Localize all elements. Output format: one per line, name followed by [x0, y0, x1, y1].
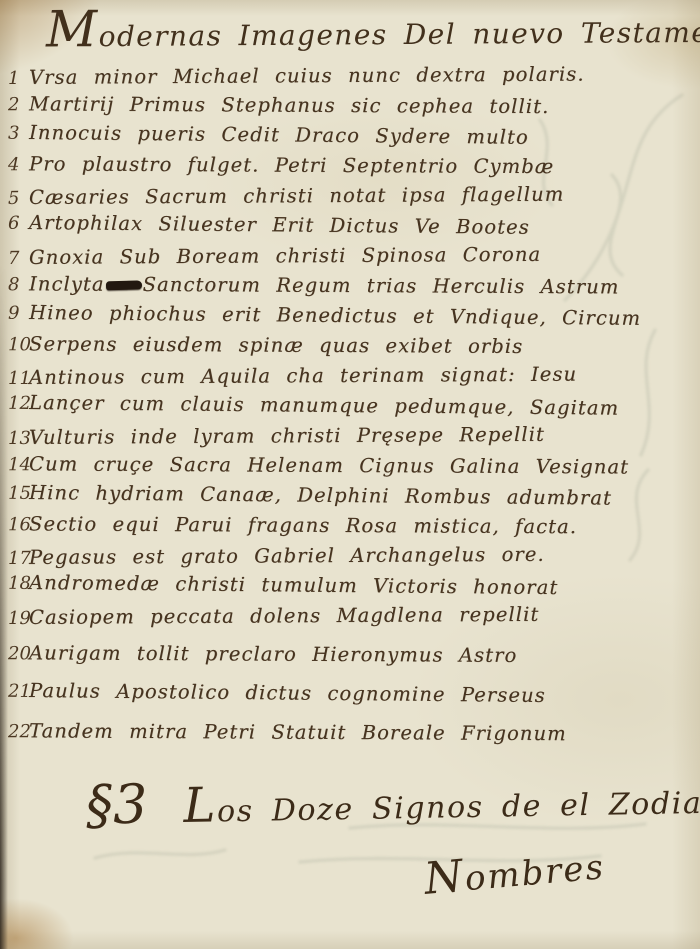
line-text: Andromedæ christi tumulum Victoris honor… — [29, 571, 558, 599]
line-text: Antinous cum Aquila cha terinam signat: … — [29, 363, 577, 389]
line-text: Innocuis pueris Cedit Draco Sydere multo — [29, 121, 529, 149]
verse-line: 10Serpens eiusdem spinæ quas exibet orbi… — [8, 332, 680, 366]
line-number: 6 — [8, 213, 29, 234]
manuscript-page: Modernas Imagenes Del nuevo Testamento, … — [0, 0, 700, 949]
line-text: Gnoxia Sub Boream christi Spinosa Corona — [29, 243, 541, 269]
verse-line: 13Vulturis inde lyram christi Pręsepe Re… — [8, 422, 680, 456]
line-text: Artophilax Siluester Erit Dictus Ve Boot… — [29, 211, 530, 239]
line-number: 20 — [8, 643, 29, 664]
verse-line: 9Hineo phiochus erit Benedictus et Vndiq… — [8, 301, 680, 337]
line-number: 13 — [8, 428, 29, 449]
line-number: 5 — [8, 188, 29, 209]
manuscript-scan: { "page": { "folio": "61", "title": "Mod… — [0, 0, 700, 949]
verse-line: 1Vrsa minor Michael cuius nunc dextra po… — [8, 62, 680, 96]
line-number: 17 — [8, 548, 29, 569]
line-text: Sectio equi Parui fragans Rosa mistica, … — [29, 512, 577, 538]
line-number: 2 — [8, 94, 29, 115]
verse-line: 8InclytaSanctorum Regum trias Herculis A… — [8, 272, 680, 306]
verse-line: 21Paulus Apostolico dictus cognomine Per… — [8, 679, 680, 715]
line-text: Vrsa minor Michael cuius nunc dextra pol… — [29, 63, 585, 89]
verse-line: 19Casiopem peccata dolens Magdlena repel… — [8, 602, 680, 636]
title-row: Modernas Imagenes Del nuevo Testamento, … — [46, 12, 686, 51]
line-number: 3 — [8, 123, 29, 144]
section-mark: §3 — [86, 775, 148, 836]
verse-line: 16Sectio equi Parui fragans Rosa mistica… — [8, 512, 680, 546]
line-number: 21 — [8, 681, 29, 702]
verse-line: 3Innocuis pueris Cedit Draco Sydere mult… — [8, 121, 680, 157]
line-text: Hineo phiochus erit Benedictus et Vndiqu… — [29, 301, 641, 330]
verse-line: 14Cum cruçe Sacra Helenam Cignus Galina … — [8, 452, 680, 486]
section-title: Los Doze Signos de el Zodiaco — [183, 768, 700, 834]
line-text: Cæsaries Sacrum christi notat ipsa flage… — [29, 183, 564, 209]
line-number: 18 — [8, 573, 29, 594]
ghost-stroke — [95, 850, 225, 858]
section-heading-row: §3 Los Doze Signos de el Zodiaco — [86, 764, 700, 835]
line-text: Casiopem peccata dolens Magdlena repelli… — [29, 603, 540, 629]
line-text: Pegasus est grato Gabriel Archangelus or… — [29, 543, 545, 569]
line-number: 10 — [8, 334, 29, 355]
verse-line: 20Aurigam tollit preclaro Hieronymus Ast… — [8, 641, 680, 675]
binding-shadow — [0, 265, 8, 949]
verse-line: 4Pro plaustro fulget. Petri Septentrio C… — [8, 152, 680, 186]
line-number: 9 — [8, 303, 29, 324]
verse-list: 1Vrsa minor Michael cuius nunc dextra po… — [8, 64, 680, 751]
line-text: Aurigam tollit preclaro Hieronymus Astro — [29, 641, 517, 667]
verse-line: 15Hinc hydriam Canaæ, Delphini Rombus ad… — [8, 481, 680, 517]
line-text: InclytaSanctorum Regum trias Herculis As… — [29, 272, 620, 298]
line-number: 7 — [8, 248, 29, 269]
line-number: 16 — [8, 514, 29, 535]
line-text: Vulturis inde lyram christi Pręsepe Repe… — [29, 423, 545, 449]
page-title: Modernas Imagenes Del nuevo Testamento, — [46, 9, 700, 53]
line-text: Pro plaustro fulget. Petri Septentrio Cy… — [29, 152, 554, 178]
line-text: Hinc hydriam Canaæ, Delphini Rombus adum… — [29, 481, 612, 510]
verse-line: 22Tandem mitra Petri Statuit Boreale Fri… — [8, 719, 680, 753]
line-text: Martirij Primus Stephanus sic cephea tol… — [29, 92, 550, 118]
line-text-pre: Inclyta — [29, 272, 105, 295]
line-text: Lançer cum clauis manumque pedumque, Sag… — [29, 391, 619, 420]
line-text: Paulus Apostolico dictus cognomine Perse… — [29, 679, 546, 707]
line-number: 1 — [8, 68, 29, 89]
line-number: 8 — [8, 274, 29, 295]
line-number: 12 — [8, 393, 29, 414]
line-number: 22 — [8, 721, 29, 742]
line-text: Serpens eiusdem spinæ quas exibet orbis — [29, 332, 523, 358]
verse-line: 2Martirij Primus Stephanus sic cephea to… — [8, 92, 680, 126]
line-number: 14 — [8, 454, 29, 475]
line-number: 15 — [8, 483, 29, 504]
line-number: 11 — [8, 368, 29, 389]
line-number: 4 — [8, 154, 29, 175]
line-number: 19 — [8, 608, 29, 629]
verse-line: 7Gnoxia Sub Boream christi Spinosa Coron… — [8, 242, 680, 276]
line-text: Tandem mitra Petri Statuit Boreale Frigo… — [29, 719, 567, 745]
ink-blot — [105, 280, 141, 290]
line-text: Cum cruçe Sacra Helenam Cignus Galina Ve… — [29, 452, 629, 478]
